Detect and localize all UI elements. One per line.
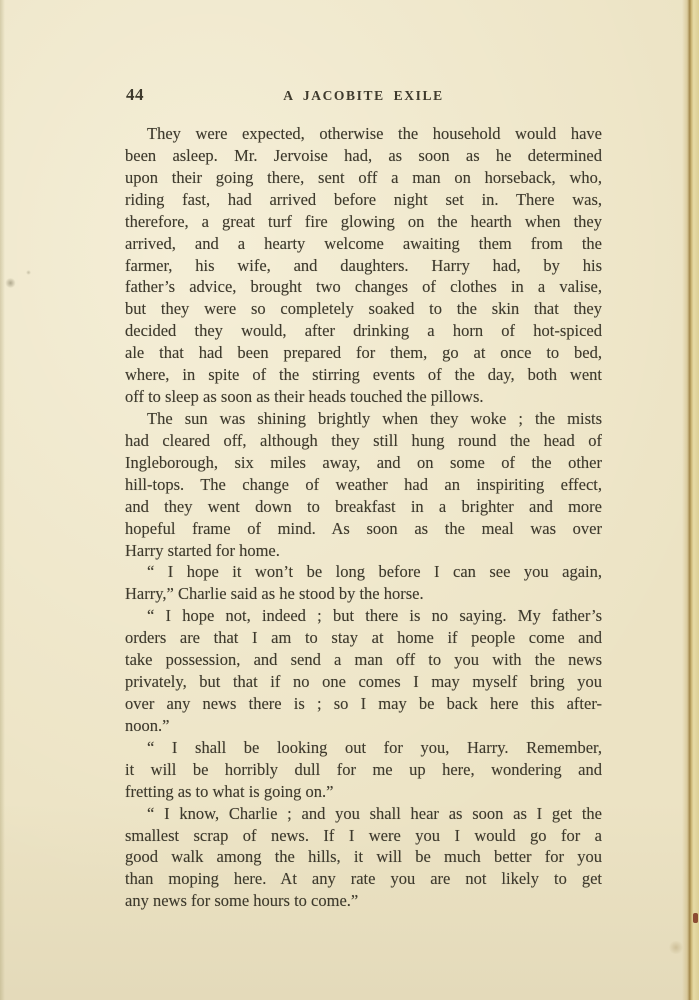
paragraph: “ I hope it won’t be long before I can s…	[125, 561, 602, 605]
text-line: orders are that I am to stay at home if …	[125, 627, 602, 649]
text-line: and they went down to breakfast in a bri…	[125, 496, 602, 518]
text-line: where, in spite of the stirring events o…	[125, 364, 602, 386]
text-line: off to sleep as soon as their heads touc…	[125, 386, 602, 408]
text-line: father’s advice, brought two changes of …	[125, 276, 602, 298]
text-line: any news for some hours to come.”	[125, 890, 602, 912]
page-text: They were expected, otherwise the househ…	[125, 123, 602, 912]
text-line: therefore, a great turf fire glowing on …	[125, 211, 602, 233]
text-line: over any news there is ; so I may be bac…	[125, 693, 602, 715]
text-line: “ I hope it won’t be long before I can s…	[125, 561, 602, 583]
stain	[26, 270, 31, 275]
text-line: “ I hope not, indeed ; but there is no s…	[125, 605, 602, 627]
text-line: good walk among the hills, it will be mu…	[125, 846, 602, 868]
text-line: than moping here. At any rate you are no…	[125, 868, 602, 890]
page-edge-left	[0, 0, 5, 1000]
text-line: Ingleborough, six miles away, and on som…	[125, 452, 602, 474]
page-content: 44 A JACOBITE EXILE They were expected, …	[125, 85, 602, 912]
paragraph: The sun was shining brightly when they w…	[125, 408, 602, 561]
text-line: had cleared off, although they still hun…	[125, 430, 602, 452]
paragraph: “ I hope not, indeed ; but there is no s…	[125, 605, 602, 737]
text-line: noon.”	[125, 715, 602, 737]
text-line: but they were so completely soaked to th…	[125, 298, 602, 320]
text-line: take possession, and send a man off to y…	[125, 649, 602, 671]
text-line: decided they would, after drinking a hor…	[125, 320, 602, 342]
text-line: hill-tops. The change of weather had an …	[125, 474, 602, 496]
page-header: 44 A JACOBITE EXILE	[125, 85, 602, 107]
text-line: it will be horribly dull for me up here,…	[125, 759, 602, 781]
text-line: Harry,” Charlie said as he stood by the …	[125, 583, 602, 605]
text-line: upon their going there, sent off a man o…	[125, 167, 602, 189]
text-line: hopeful frame of mind. As soon as the me…	[125, 518, 602, 540]
paragraph: “ I shall be looking out for you, Harry.…	[125, 737, 602, 803]
text-line: fretting as to what is going on.”	[125, 781, 602, 803]
text-line: ale that had been prepared for them, go …	[125, 342, 602, 364]
text-line: The sun was shining brightly when they w…	[125, 408, 602, 430]
paragraph: They were expected, otherwise the househ…	[125, 123, 602, 408]
ink-mark	[693, 913, 698, 923]
book-page: { "page": { "number": "44", "running_tit…	[0, 0, 699, 1000]
text-line: smallest scrap of news. If I were you I …	[125, 825, 602, 847]
text-line: They were expected, otherwise the househ…	[125, 123, 602, 145]
text-line: privately, but that if no one comes I ma…	[125, 671, 602, 693]
text-line: been asleep. Mr. Jervoise had, as soon a…	[125, 145, 602, 167]
text-line: riding fast, had arrived before night se…	[125, 189, 602, 211]
paragraph: “ I know, Charlie ; and you shall hear a…	[125, 803, 602, 913]
running-title: A JACOBITE EXILE	[125, 88, 602, 104]
text-line: “ I shall be looking out for you, Harry.…	[125, 737, 602, 759]
text-line: “ I know, Charlie ; and you shall hear a…	[125, 803, 602, 825]
text-line: farmer, his wife, and daughters. Harry h…	[125, 255, 602, 277]
page-edge-right	[682, 0, 699, 1000]
text-line: arrived, and a hearty welcome awaiting t…	[125, 233, 602, 255]
text-line: Harry started for home.	[125, 540, 602, 562]
stain	[5, 278, 16, 288]
